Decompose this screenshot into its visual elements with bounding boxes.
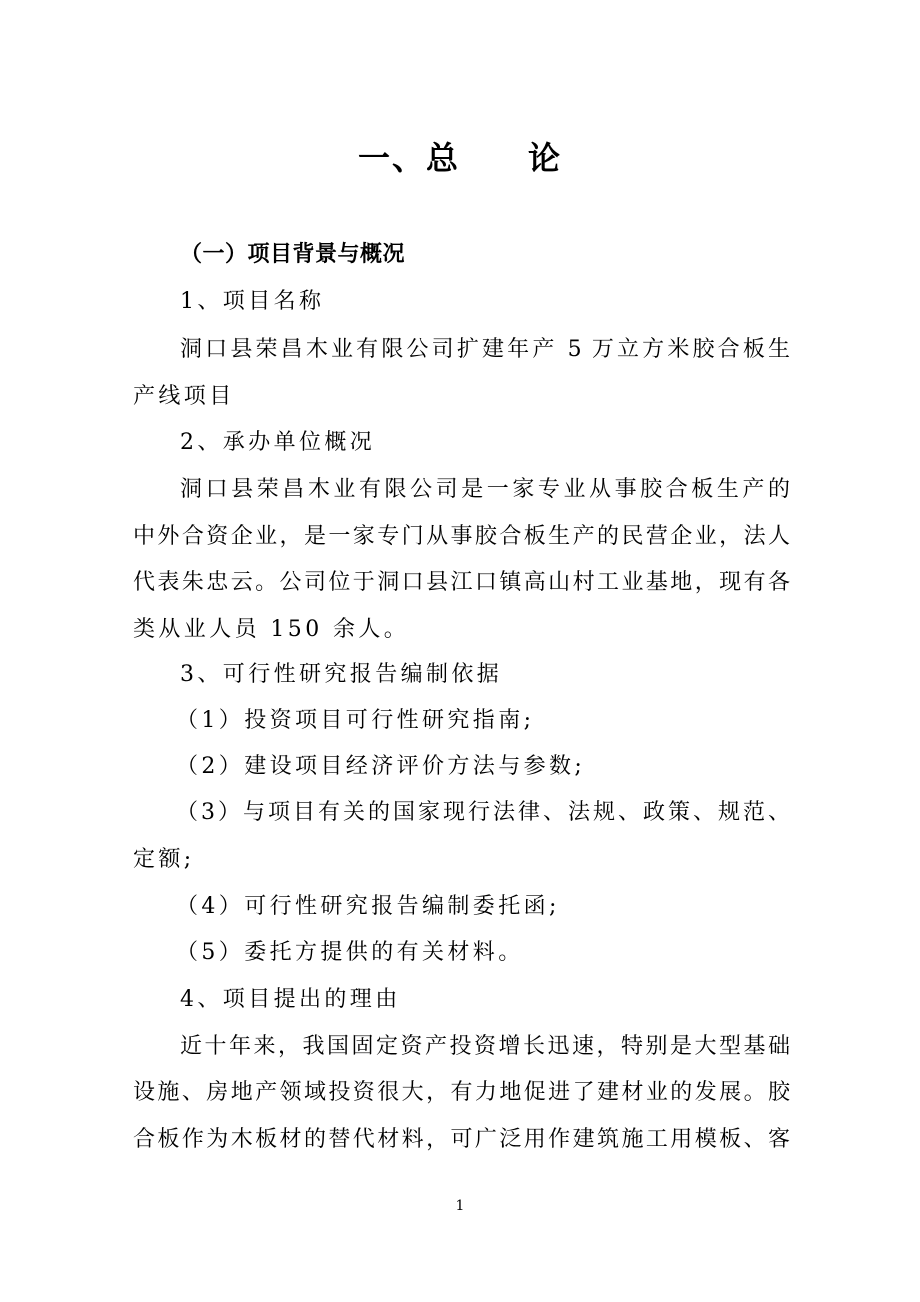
item-4-heading: 4、项目提出的理由 <box>180 985 837 1015</box>
basis-list-item: （3）与项目有关的国家现行法律、法规、政策、规范、 <box>176 798 790 828</box>
item-2-heading: 2、承办单位概况 <box>180 428 837 458</box>
basis-list-item: （5）委托方提供的有关材料。 <box>176 938 833 968</box>
item-3-heading: 3、可行性研究报告编制依据 <box>180 660 837 690</box>
basis-list-item: （4）可行性研究报告编制委托函; <box>176 892 833 922</box>
chapter-title: 一、总 论 <box>0 133 920 179</box>
basis-list-item: （1）投资项目可行性研究指南; <box>176 706 833 736</box>
item-2-paragraph-line: 中外合资企业，是一家专门从事胶合板生产的民营企业，法人 <box>133 522 790 552</box>
document-page: 一、总 论 （一）项目背景与概况 1、项目名称 洞口县荣昌木业有限公司扩建年产 … <box>0 0 920 1302</box>
item-2-paragraph-line: 代表朱忠云。公司位于洞口县江口镇高山村工业基地，现有各 <box>133 568 790 598</box>
basis-list-item: （2）建设项目经济评价方法与参数; <box>176 752 833 782</box>
item-4-paragraph-line: 设施、房地产领域投资很大，有力地促进了建材业的发展。胶 <box>133 1078 790 1108</box>
item-1-heading: 1、项目名称 <box>180 287 837 317</box>
item-1-paragraph-line: 洞口县荣昌木业有限公司扩建年产 5 万立方米胶合板生 <box>180 335 790 365</box>
item-4-paragraph-line: 近十年来，我国固定资产投资增长迅速，特别是大型基础 <box>180 1032 790 1062</box>
page-number: 1 <box>0 1198 920 1214</box>
item-2-paragraph-line: 洞口县荣昌木业有限公司是一家专业从事胶合板生产的 <box>180 475 790 505</box>
section-heading: （一）项目背景与概况 <box>180 240 837 270</box>
item-4-paragraph-line: 合板作为木板材的替代材料，可广泛用作建筑施工用模板、客 <box>133 1125 790 1155</box>
item-2-paragraph-line: 类从业人员 150 余人。 <box>133 615 790 645</box>
basis-list-item-continuation: 定额; <box>133 845 790 875</box>
item-1-paragraph-line: 产线项目 <box>133 382 790 412</box>
